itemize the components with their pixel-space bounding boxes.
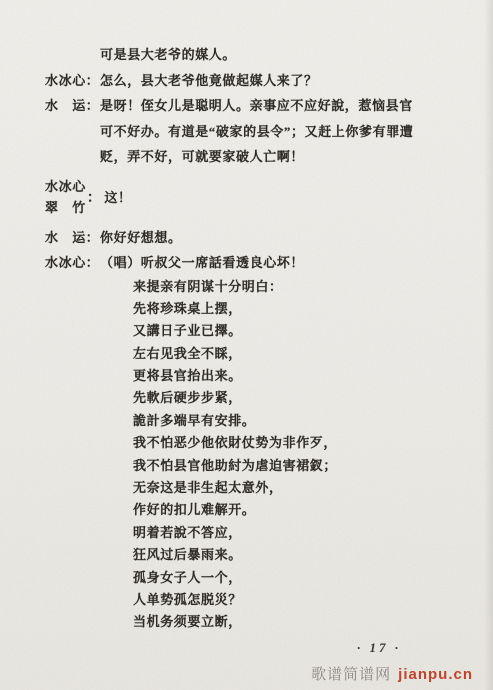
dialogue-line: 水 运：是呀！侄女儿是聪明人。亲事应不应好說，惹恼县官 (45, 93, 477, 119)
watermark: 歌谱简谱网jianpu.cn (311, 663, 473, 684)
verse-text: 左右见我全不睬， (133, 346, 242, 361)
verse-line: 又講日子业已擇。 (133, 320, 477, 342)
dual-speaker-names: 水冰心翠 竹 (45, 176, 86, 218)
dialogue-text: 你好好想想。 (100, 225, 182, 251)
speaker-name: 水冰心 (45, 176, 86, 197)
verse-text: 更将县官抬出来。 (133, 368, 242, 383)
dialogue-text: 是呀！侄女儿是聪明人。亲事应不应好說，惹恼县官 (100, 93, 413, 119)
dialogue-line: 可是县大老爷的媒人。 (45, 42, 477, 68)
verse-text: 人单势孤怎脱災？ (133, 592, 242, 607)
watermark-site-name: 歌谱简谱网 (311, 666, 391, 683)
verse-line: 无奈这是非生起太意外， (133, 477, 477, 499)
verse-line: 左右见我全不睬， (133, 343, 477, 365)
dialogue-text: 怎么，县大老爷他竟做起媒人来了？ (100, 68, 318, 94)
verse-text: 作好的扣儿难解开。 (133, 502, 255, 517)
speaker-name: 水冰心： (45, 250, 100, 276)
verse-text: 狂风过后暴雨来。 (133, 547, 242, 562)
dialogue-line: 水 运：你好好想想。 (45, 225, 477, 251)
verse-line: 作好的扣儿难解开。 (133, 499, 477, 521)
verse-line: 人单势孤怎脱災？ (133, 589, 477, 611)
dialogue-text: 这！ (104, 187, 131, 206)
dialogue-continuation-text: 可不好办。有道是“破家的县令”；又赶上你爹有罪遭 (100, 119, 413, 145)
verse-line: 来提亲有阴谋十分明白： (133, 276, 477, 298)
dialogue-text: （唱）听叔父一席話看透良心坏！ (100, 250, 304, 276)
verse-line: 我不怕恶少他依財仗势为非作歹， (133, 432, 477, 454)
dialogue-line: 可不好办。有道是“破家的县令”；又赶上你爹有罪遭 (45, 119, 477, 145)
verse-text: 又講日子业已擇。 (133, 323, 242, 338)
verse-line: 更将县官抬出来。 (133, 365, 477, 387)
verse-text: 当机务须要立断， (133, 614, 242, 629)
verse-text: 明着若說不答应， (133, 525, 242, 540)
speaker-name: 翠 竹 (45, 197, 86, 218)
page-number: · 17 · (357, 640, 401, 656)
dialogue-line: 水冰心：怎么，县大老爷他竟做起媒人来了？ (45, 68, 477, 94)
verse-line: 当机务须要立断， (133, 611, 477, 633)
verse-line: 孤身女子人一个， (133, 567, 477, 589)
verse-text: 詭計多端早有安排。 (133, 413, 255, 428)
verse-line: 先将珍珠桌上摆， (133, 298, 477, 320)
speaker-name: 水 运： (45, 225, 100, 251)
verse-line: 狂风过后暴雨来。 (133, 544, 477, 566)
verse-line: 先軟后硬步步紧， (133, 387, 477, 409)
watermark-site-url: jianpu.cn (398, 666, 473, 683)
dialogue-line: 水冰心：（唱）听叔父一席話看透良心坏！ (45, 250, 477, 276)
dialogue-continuation-text: 可是县大老爷的媒人。 (100, 42, 236, 68)
verse-line: 我不怕县官他助紂为虐迫害裙釵； (133, 455, 477, 477)
dialogue-line: 水冰心翠 竹：这！ (45, 173, 477, 221)
speaker-name: 水 运： (45, 93, 100, 119)
verse-text: 来提亲有阴谋十分明白： (133, 279, 283, 294)
speaker-name: 水冰心： (45, 68, 100, 94)
speaker-colon: ： (87, 187, 102, 207)
verse-text: 孤身女子人一个， (133, 570, 242, 585)
dialogue-line: 贬，弄不好，可就要家破人亡啊！ (45, 144, 477, 170)
page-edge-shadow (484, 0, 493, 690)
verse-text: 先将珍珠桌上摆， (133, 301, 242, 316)
verse-line: 詭計多端早有安排。 (133, 410, 477, 432)
page-content: 可是县大老爷的媒人。水冰心：怎么，县大老爷他竟做起媒人来了？水 运：是呀！侄女儿… (45, 42, 477, 634)
verse-line: 明着若說不答应， (133, 522, 477, 544)
dialogue-continuation-text: 贬，弄不好，可就要家破人亡啊！ (100, 144, 304, 170)
verse-text: 先軟后硬步步紧， (133, 390, 242, 405)
scanned-page: 可是县大老爷的媒人。水冰心：怎么，县大老爷他竟做起媒人来了？水 运：是呀！侄女儿… (0, 0, 493, 690)
verse-text: 无奈这是非生起太意外， (133, 480, 283, 495)
verse-text: 我不怕恶少他依財仗势为非作歹， (133, 435, 337, 450)
verse-text: 我不怕县官他助紂为虐迫害裙釵； (133, 458, 337, 473)
